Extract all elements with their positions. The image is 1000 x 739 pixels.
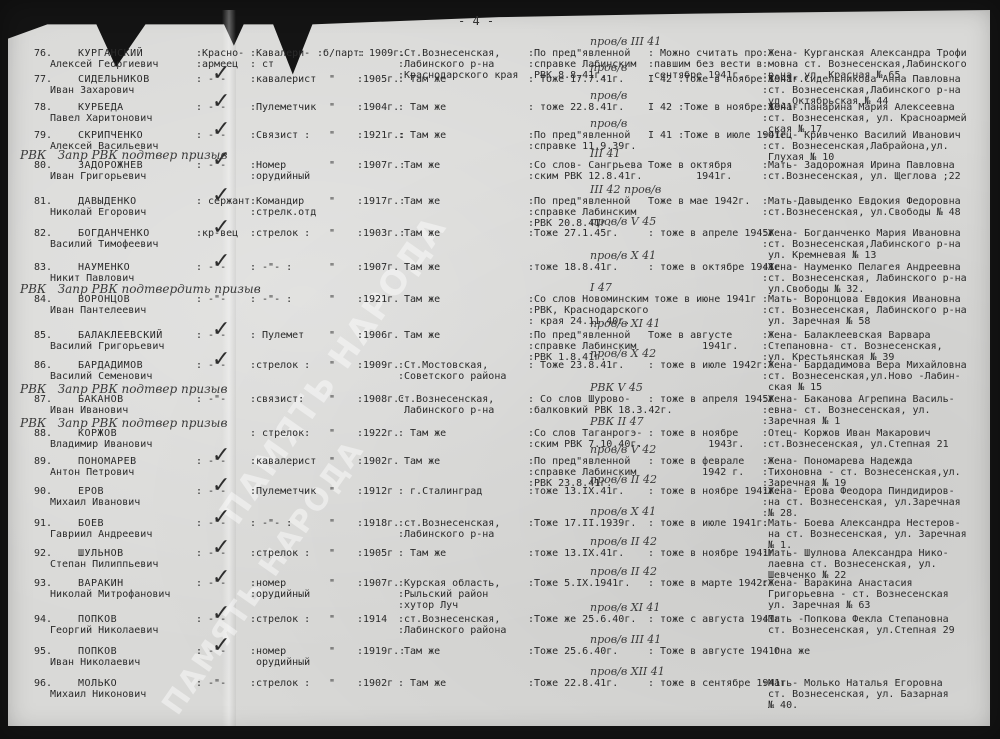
checkmark-icon: ✓	[212, 354, 230, 365]
missing-since: : тоже в ноябре 1941г	[648, 548, 774, 559]
surname: БАРДАДИМОВ	[78, 360, 143, 371]
given-name: Николай Егорович	[50, 207, 146, 218]
handwritten-note: пров/в II 42	[590, 474, 657, 485]
birthplace: : г.Сталинград	[398, 486, 482, 497]
birth-year: :1907г.	[357, 262, 399, 273]
surname: БАЛАКЛЕЕВСКИЙ	[78, 330, 163, 341]
checkmark-icon: ✓	[212, 542, 230, 553]
surname: НАУМЕНКО	[78, 262, 130, 273]
specialty: :Номер :орудийный	[250, 160, 310, 182]
birthplace: :ст.Вознесенская, :Лабинского района	[398, 614, 506, 636]
handwritten-note: РВК II 47	[590, 416, 644, 427]
relative-address: :Мать- Воронцова Евдокия Ивановна :ст. В…	[762, 294, 967, 327]
party-status: "	[317, 160, 335, 171]
birthplace: : Там же	[398, 74, 446, 85]
specialty: : -"- :	[250, 518, 292, 529]
row-number: 78.	[34, 102, 52, 113]
specialty: :стрелок :	[250, 360, 310, 371]
party-status: "	[317, 456, 335, 467]
row-number: 76.	[34, 48, 52, 59]
checkmark-icon: ✓	[212, 324, 230, 335]
surname: КУРБЕДА	[78, 102, 124, 113]
birth-year: :1902г.	[357, 456, 399, 467]
surname: ВАРАКИН	[78, 578, 124, 589]
missing-since: : тоже с августа 1941г	[648, 614, 780, 625]
handwritten-note: пров/в XI 41	[590, 602, 660, 613]
party-status: "	[317, 678, 335, 689]
checkmark-icon: ✓	[212, 68, 230, 79]
row-number: 86.	[34, 360, 52, 371]
missing-since: Тоже в октября 1941г.	[648, 160, 732, 182]
row-number: 95.	[34, 646, 52, 657]
birthplace: : Там же	[398, 678, 446, 689]
checkmark-icon: ✓	[212, 124, 230, 135]
handwritten-note: РВК V 45	[590, 382, 643, 393]
given-name: Иван Пантелеевич	[50, 305, 146, 316]
given-name: Иван Григорьевич	[50, 171, 146, 182]
enlistment-source: :тоже 13.IX.41г.	[528, 486, 624, 497]
checkmark-icon: ✓	[212, 450, 230, 461]
surname: ПОНОМАРЕВ	[78, 456, 137, 467]
missing-since: : тоже в феврале 1942 г.	[648, 456, 744, 478]
relative-address: Она же	[762, 646, 810, 657]
party-status: "	[317, 360, 335, 371]
surname: БОЕВ	[78, 518, 104, 529]
handwritten-annotation: РВК Запр РВК подтвер призыв	[20, 418, 227, 429]
relative-address: :Жена- Баканова Агрепина Василь- :евна- …	[762, 394, 955, 427]
checkmark-icon: ✓	[212, 608, 230, 619]
missing-since: : Тоже в августе 1941г	[648, 646, 780, 657]
enlistment-source: :Тоже 25.6.40г.	[528, 646, 618, 657]
party-status: "	[317, 428, 335, 439]
birth-year: :1905г.	[357, 74, 399, 85]
birthplace: : Там же	[398, 548, 446, 559]
row-number: 85.	[34, 330, 52, 341]
checkmark-icon: ✓	[212, 256, 230, 267]
handwritten-note: пров/в III 41	[590, 634, 661, 645]
given-name: Иван Захарович	[50, 85, 134, 96]
relative-address: :Отец- Кривченко Василий Иванович :ст. В…	[762, 130, 961, 163]
checkmark-icon: ✓	[212, 190, 230, 201]
party-status: "	[317, 130, 335, 141]
relative-address: :Жена- Бардадимова Вера Михайловна :ст. …	[762, 360, 967, 393]
relative-address: :Жена- Варакина Анастасия Григорьевна - …	[762, 578, 949, 611]
birthplace: Там же	[398, 646, 440, 657]
relative-address: :Мать -Попкова Фекла Степановна ст. Возн…	[762, 614, 955, 636]
relative-address: :Жена- Науменко Пелагея Андреевна :ст. В…	[762, 262, 967, 295]
given-name: Василий Тимофеевич	[50, 239, 158, 250]
checkmark-icon: ✓	[212, 480, 230, 491]
surname: КУРГАНСКИЙ	[78, 48, 143, 59]
enlistment-source: :Тоже 27.1.45г.	[528, 228, 618, 239]
party-status: "	[317, 518, 335, 529]
birthplace: Там же	[398, 330, 440, 341]
specialty: : Пулемет	[250, 330, 304, 341]
specialty: :номер орудийный	[250, 646, 310, 668]
relative-address: :Жена- Балаклеевская Варвара :Степановна…	[762, 330, 943, 363]
surname: ПОПКОВ	[78, 646, 117, 657]
checkmark-icon: ✓	[212, 96, 230, 107]
missing-since: : тоже в октябре 1941г	[648, 262, 780, 273]
given-name: Иван Иванович	[50, 405, 128, 416]
specialty: :Командир :стрелк.отд	[250, 196, 316, 218]
given-name: Михаил Иванович	[50, 497, 140, 508]
handwritten-note: пров/в X 41	[590, 506, 656, 517]
missing-since: Тоже в мае 1942г.	[648, 196, 750, 207]
surname: ПОПКОВ	[78, 614, 117, 625]
handwritten-note: пров/в III 41	[590, 36, 661, 47]
birthplace: Там же	[398, 294, 440, 305]
handwritten-note: III 41	[590, 148, 621, 159]
birthplace: : Там же	[398, 130, 446, 141]
handwritten-note: пров/в	[590, 118, 627, 129]
row-number: 92.	[34, 548, 52, 559]
enlistment-source: :Со слов- Сангрьева :ским РВК 12.8.41г.	[528, 160, 642, 182]
specialty: :стрелок :	[250, 614, 310, 625]
given-name: Михаил Никонович	[50, 689, 146, 700]
given-name: Гавриил Андреевич	[50, 529, 152, 540]
specialty: :Связист :	[250, 130, 310, 141]
birthplace: Там же	[398, 160, 440, 171]
party-status: "	[317, 646, 335, 657]
handwritten-annotation: РВК Запр РВК подтвердить призыв	[20, 284, 261, 295]
missing-since: : тоже в июле 1942г.	[648, 360, 768, 371]
birthplace: : Там же	[398, 428, 446, 439]
enlistment-source: :Тоже 22.8.41г.	[528, 678, 618, 689]
handwritten-annotation: РВК Запр РВК подтвер призыв	[20, 384, 227, 395]
enlistment-source: : тоже 22.8.41г.	[528, 102, 624, 113]
birth-year: :1909г.	[357, 360, 399, 371]
checkmark-icon: ✓	[212, 512, 230, 523]
row-number: 81.	[34, 196, 52, 207]
surname: СИДЕЛЬНИКОВ	[78, 74, 150, 85]
handwritten-note: I 47	[590, 282, 612, 293]
relative-address: :Жена- Ерова Феодора Пиндидиров- :на ст.…	[762, 486, 961, 519]
missing-since: : тоже в ноябре 1941г.	[648, 486, 780, 497]
birth-year: :1914	[357, 614, 387, 625]
handwritten-note: пров/в XII 41	[590, 666, 665, 677]
specialty: :кавалерист	[250, 74, 316, 85]
enlistment-source: : Тоже 17.7.41г.	[528, 74, 624, 85]
birth-year: :1902г	[357, 678, 393, 689]
handwritten-note: пров/в II 42	[590, 536, 657, 547]
specialty: :кавалерист	[250, 456, 316, 467]
handwritten-note: пров/в V 45	[590, 216, 656, 227]
handwritten-note: пров/в X 41	[590, 250, 656, 261]
relative-address: :Мать- Боева Александра Нестеров- на ст.…	[762, 518, 967, 551]
party-status: "	[317, 262, 335, 273]
specialty: :связист:	[250, 394, 304, 405]
given-name: Степан Пилиппьевич	[50, 559, 158, 570]
enlistment-source: :Тоже 17.II.1939г.	[528, 518, 636, 529]
relative-address: :Жена- Пономарева Надежда :Тихоновна - с…	[762, 456, 961, 489]
birthplace: :Курская область, :Рыльский район :хутор…	[398, 578, 500, 611]
birthplace: Там же	[398, 196, 440, 207]
handwritten-note: пров/в II 42	[590, 566, 657, 577]
relative-address: :Отец- Коржов Иван Макарович :ст.Вознесе…	[762, 428, 949, 450]
relative-address: :Жена- Богданченко Мария Ивановна :ст. В…	[762, 228, 961, 261]
birthplace: :ст.Вознесенская, :Лабинского р-на	[398, 518, 500, 540]
given-name: Павел Харитонович	[50, 113, 152, 124]
missing-since: : тоже в июле 1941г.	[648, 518, 768, 529]
row-number: 90.	[34, 486, 52, 497]
missing-since: : тоже в ноябре 1943г.	[648, 428, 744, 450]
specialty: :Кавалери- : ст	[250, 48, 310, 70]
row-number: 82.	[34, 228, 52, 239]
given-name: Николай Митрофанович	[50, 589, 170, 600]
handwritten-annotation: РВК Запр РВК подтвер призыв	[20, 150, 227, 161]
specialty: :стрелок :	[250, 678, 310, 689]
checkmark-icon: ✓	[212, 572, 230, 583]
birth-year: :1907г.	[357, 578, 399, 589]
given-name: Василий Семенович	[50, 371, 152, 382]
enlistment-source: :Тоже же 25.6.40г.	[528, 614, 636, 625]
checkmark-icon: ✓	[212, 222, 230, 233]
relative-address: :Мать- Шулнова Александра Нико- лаевна с…	[762, 548, 949, 581]
given-name: Антон Петрович	[50, 467, 134, 478]
birth-year: :1921г.	[357, 294, 399, 305]
specialty: :номер :орудийный	[250, 578, 310, 600]
relative-address: :Мать- Задорожная Ирина Павловна :ст.Воз…	[762, 160, 961, 182]
party-status: "	[317, 102, 335, 113]
handwritten-note: пров/в	[590, 90, 627, 101]
relative-address: :Мать-Давыденко Евдокия Федоровна :ст.Во…	[762, 196, 961, 218]
missing-since: Тоже в августе 1941г.	[648, 330, 738, 352]
handwritten-note: пров/в XI 41	[590, 318, 660, 329]
party-status: "	[317, 196, 335, 207]
specialty: :стрелок :	[250, 228, 310, 239]
birth-year: :1905г	[357, 548, 393, 559]
handwritten-note: пров/в	[590, 62, 627, 73]
party-status: "	[317, 614, 335, 625]
handwritten-note: III 42 пров/в	[590, 184, 661, 195]
page-number: - 4 -	[458, 14, 494, 28]
party-status: "	[317, 548, 335, 559]
specialty: : стрелок:	[250, 428, 310, 439]
given-name: Владимир Иванович	[50, 439, 152, 450]
party-status: "	[317, 294, 335, 305]
checkmark-icon: ✓	[212, 640, 230, 651]
missing-since: : тоже в апреля 1945г	[648, 394, 774, 405]
specialty: :Пулеметчик	[250, 486, 316, 497]
enlistment-source: :Тоже 5.IX.1941г.	[528, 578, 630, 589]
surname: ЕРОВ	[78, 486, 104, 497]
given-name: Георгий Николаевич	[50, 625, 158, 636]
surname: ШУЛЬНОВ	[78, 548, 124, 559]
handwritten-note: пров/в X 42	[590, 348, 656, 359]
birth-year: :1904г.	[357, 102, 399, 113]
birth-year: :1922г.	[357, 428, 399, 439]
row-number: 77.	[34, 74, 52, 85]
surname: МОЛЬКО	[78, 678, 117, 689]
handwritten-note: пров/в V 42	[590, 444, 656, 455]
birthplace: Там же	[398, 228, 440, 239]
row-number: 93.	[34, 578, 52, 589]
enlistment-source: : Тоже 23.8.41г.	[528, 360, 624, 371]
party-status: "	[317, 74, 335, 85]
given-name: Иван Николаевич	[50, 657, 140, 668]
birth-year: :1918г.	[357, 518, 399, 529]
row-number: 91.	[34, 518, 52, 529]
rank: : -"-	[196, 678, 226, 689]
party-status: "	[317, 578, 335, 589]
birth-year: :1912г	[357, 486, 393, 497]
party-status: "	[317, 228, 335, 239]
birthplace: Там же	[398, 262, 440, 273]
missing-since: : тоже в апреле 1945г	[648, 228, 774, 239]
birthplace: :Ст.Мостовская, :Советского района	[398, 360, 506, 382]
missing-since: : тоже в марте 1942г	[648, 578, 768, 589]
party-status: "	[317, 486, 335, 497]
birthplace: Ст.Вознесенская, Лабинского р-на	[398, 394, 494, 416]
specialty: :Пулеметчик	[250, 102, 316, 113]
row-number: 96.	[34, 678, 52, 689]
birth-year: :1906г.	[357, 330, 399, 341]
birthplace: : Там же	[398, 102, 446, 113]
specialty: :стрелок :	[250, 548, 310, 559]
birthplace: Там же	[398, 456, 440, 467]
party-status: "	[317, 330, 335, 341]
specialty: : -"- :	[250, 262, 292, 273]
relative-address: :Мать- Молько Наталья Егоровна ст. Возне…	[762, 678, 949, 711]
given-name: Алексей Георгиевич	[50, 59, 158, 70]
surname: СКРИПЧЕНКО	[78, 130, 143, 141]
row-number: 83.	[34, 262, 52, 273]
enlistment-source: :тоже 13.IX.41г.	[528, 548, 624, 559]
row-number: 94.	[34, 614, 52, 625]
surname: ДАВЫДЕНКО	[78, 196, 137, 207]
surname: БОГДАНЧЕНКО	[78, 228, 150, 239]
row-number: 79.	[34, 130, 52, 141]
missing-since: тоже в июне 1941г	[648, 294, 756, 305]
given-name: Василий Григорьевич	[50, 341, 164, 352]
row-number: 89.	[34, 456, 52, 467]
enlistment-source: :тоже 18.8.41г.	[528, 262, 618, 273]
party-status: "	[317, 394, 335, 405]
